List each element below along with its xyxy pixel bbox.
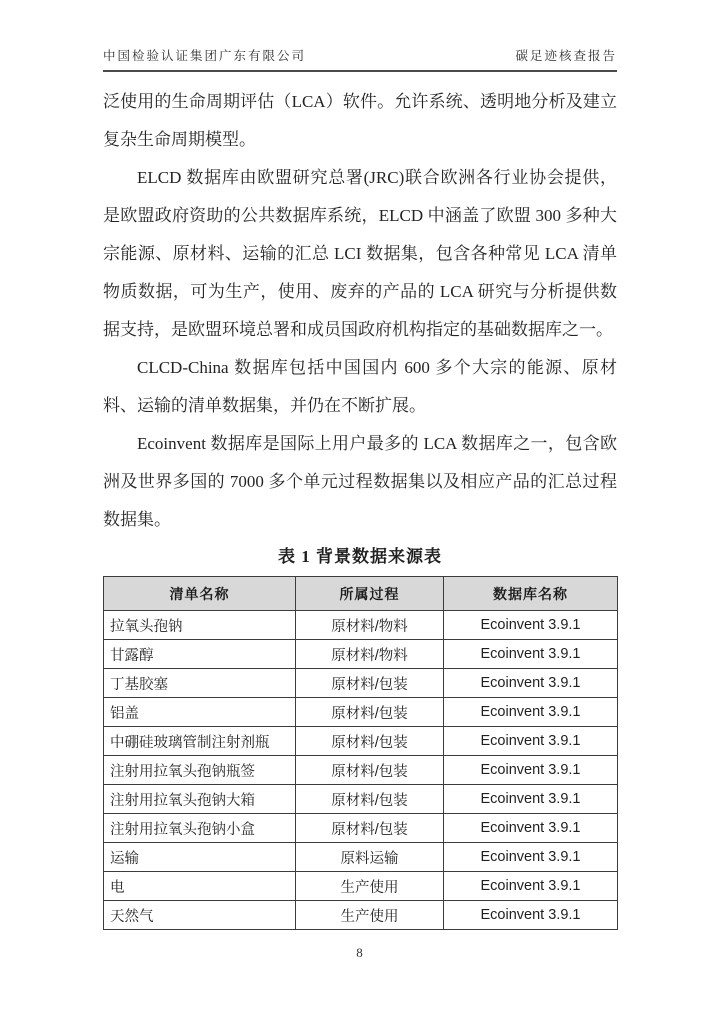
table-cell: 中硼硅玻璃管制注射剂瓶: [104, 727, 296, 756]
paragraph: Ecoinvent 数据库是国际上用户最多的 LCA 数据库之一，包含欧洲及世界…: [103, 425, 617, 539]
table-row: 拉氧头孢钠原材料/物料Ecoinvent 3.9.1: [104, 611, 618, 640]
table-cell: Ecoinvent 3.9.1: [444, 727, 618, 756]
table-row: 丁基胶塞原材料/包装Ecoinvent 3.9.1: [104, 669, 618, 698]
header-report-title: 碳足迹核查报告: [515, 46, 617, 64]
table-row: 注射用拉氧头孢钠大箱原材料/包装Ecoinvent 3.9.1: [104, 785, 618, 814]
table-cell: Ecoinvent 3.9.1: [444, 814, 618, 843]
table-cell: Ecoinvent 3.9.1: [444, 901, 618, 930]
header-company-name: 中国检验认证集团广东有限公司: [103, 46, 306, 64]
page-number: 8: [0, 945, 719, 961]
table-column-header: 数据库名称: [444, 577, 618, 611]
table-cell: 天然气: [104, 901, 296, 930]
table-row: 注射用拉氧头孢钠瓶签原材料/包装Ecoinvent 3.9.1: [104, 756, 618, 785]
table-cell: 原材料/包装: [296, 756, 444, 785]
table-cell: 铝盖: [104, 698, 296, 727]
table-header-row: 清单名称所属过程数据库名称: [104, 577, 618, 611]
table-cell: Ecoinvent 3.9.1: [444, 611, 618, 640]
table-cell: Ecoinvent 3.9.1: [444, 640, 618, 669]
table-cell: 原材料/包装: [296, 727, 444, 756]
paragraph: 泛使用的生命周期评估（LCA）软件。允许系统、透明地分析及建立复杂生命周期模型。: [103, 83, 617, 159]
table-row: 甘露醇原材料/物料Ecoinvent 3.9.1: [104, 640, 618, 669]
table-cell: 运输: [104, 843, 296, 872]
table-cell: Ecoinvent 3.9.1: [444, 872, 618, 901]
table-column-header: 所属过程: [296, 577, 444, 611]
table-cell: 注射用拉氧头孢钠大箱: [104, 785, 296, 814]
table-row: 注射用拉氧头孢钠小盒原材料/包装Ecoinvent 3.9.1: [104, 814, 618, 843]
table-cell: 注射用拉氧头孢钠小盒: [104, 814, 296, 843]
table-cell: 原材料/包装: [296, 785, 444, 814]
paragraph: CLCD-China 数据库包括中国国内 600 多个大宗的能源、原材料、运输的…: [103, 349, 617, 425]
table-caption: 表 1 背景数据来源表: [103, 545, 617, 569]
table-cell: Ecoinvent 3.9.1: [444, 843, 618, 872]
page-body: 泛使用的生命周期评估（LCA）软件。允许系统、透明地分析及建立复杂生命周期模型。…: [103, 83, 617, 930]
table-cell: Ecoinvent 3.9.1: [444, 698, 618, 727]
table-cell: 丁基胶塞: [104, 669, 296, 698]
table-cell: 原材料/物料: [296, 640, 444, 669]
table-cell: 甘露醇: [104, 640, 296, 669]
document-page: 中国检验认证集团广东有限公司 碳足迹核查报告 泛使用的生命周期评估（LCA）软件…: [0, 0, 719, 1018]
paragraph: ELCD 数据库由欧盟研究总署(JRC)联合欧洲各行业协会提供，是欧盟政府资助的…: [103, 159, 617, 349]
body-paragraphs: 泛使用的生命周期评估（LCA）软件。允许系统、透明地分析及建立复杂生命周期模型。…: [103, 83, 617, 539]
table-row: 运输原料运输Ecoinvent 3.9.1: [104, 843, 618, 872]
table-cell: 原材料/包装: [296, 814, 444, 843]
background-data-source-table: 清单名称所属过程数据库名称 拉氧头孢钠原材料/物料Ecoinvent 3.9.1…: [103, 576, 618, 930]
table-cell: Ecoinvent 3.9.1: [444, 785, 618, 814]
table-row: 天然气生产使用Ecoinvent 3.9.1: [104, 901, 618, 930]
table-cell: 原料运输: [296, 843, 444, 872]
table-cell: Ecoinvent 3.9.1: [444, 669, 618, 698]
table-cell: 原材料/包装: [296, 669, 444, 698]
table-row: 中硼硅玻璃管制注射剂瓶原材料/包装Ecoinvent 3.9.1: [104, 727, 618, 756]
running-header: 中国检验认证集团广东有限公司 碳足迹核查报告: [103, 46, 617, 72]
table-column-header: 清单名称: [104, 577, 296, 611]
table-cell: 生产使用: [296, 872, 444, 901]
table-row: 电生产使用Ecoinvent 3.9.1: [104, 872, 618, 901]
table-cell: 注射用拉氧头孢钠瓶签: [104, 756, 296, 785]
table-cell: 电: [104, 872, 296, 901]
table-cell: Ecoinvent 3.9.1: [444, 756, 618, 785]
table-row: 铝盖原材料/包装Ecoinvent 3.9.1: [104, 698, 618, 727]
table-cell: 生产使用: [296, 901, 444, 930]
table-cell: 原材料/物料: [296, 611, 444, 640]
table-body: 拉氧头孢钠原材料/物料Ecoinvent 3.9.1甘露醇原材料/物料Ecoin…: [104, 611, 618, 930]
table-cell: 拉氧头孢钠: [104, 611, 296, 640]
table-cell: 原材料/包装: [296, 698, 444, 727]
